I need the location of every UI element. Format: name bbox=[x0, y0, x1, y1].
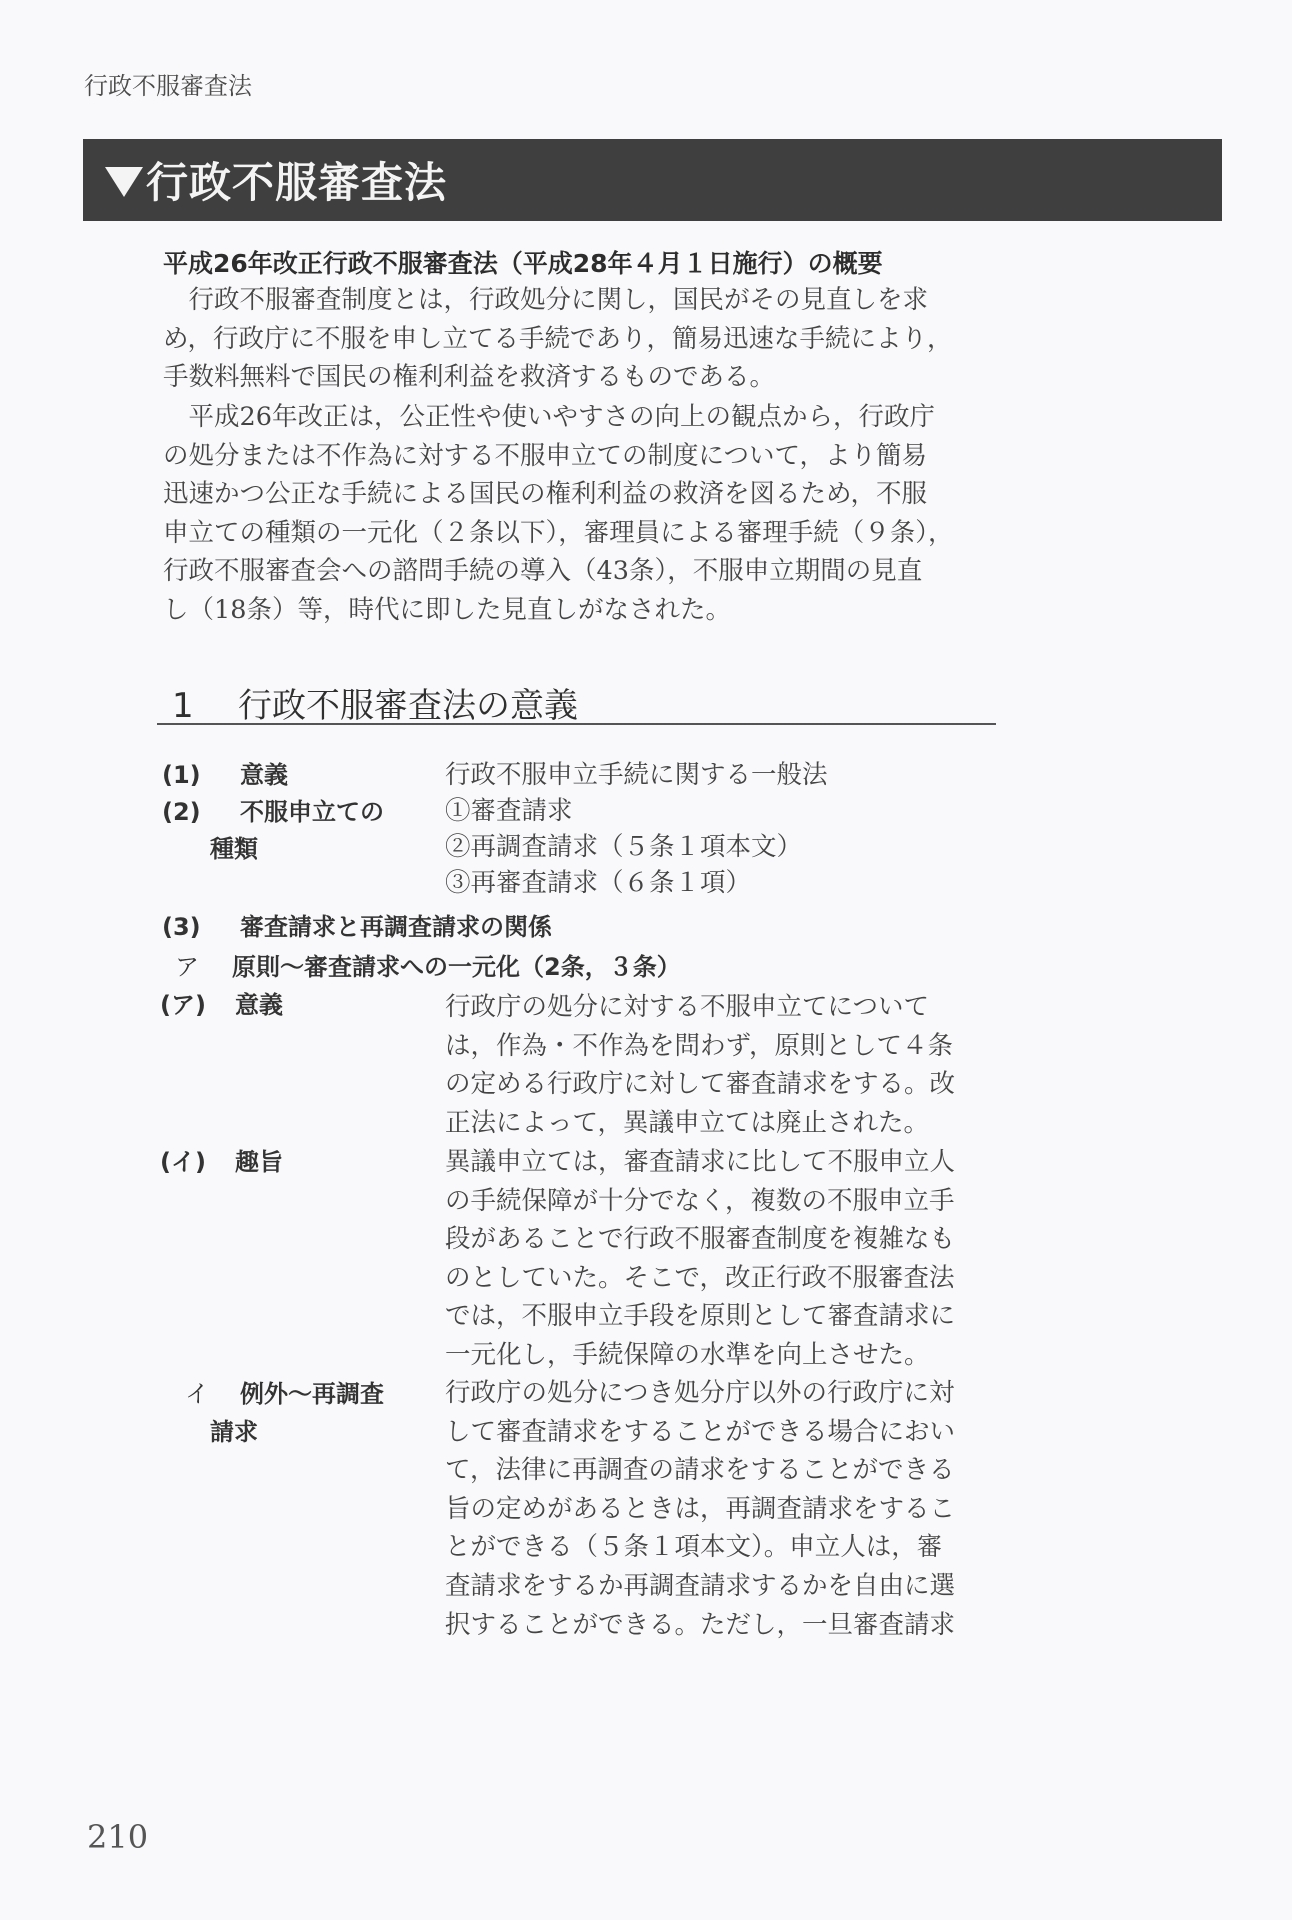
text-line: 行政不服申立手続に関する一般法 bbox=[445, 756, 995, 795]
text-line: 査請求をするか再調査請求するかを自由に選 bbox=[445, 1567, 995, 1606]
sub-a1-marker: (ア) bbox=[160, 986, 206, 1024]
overview-paragraph-1: 行政不服審査制度とは，行政処分に関し，国民がその見直しを求 め，行政庁に不服を申… bbox=[163, 281, 993, 397]
sub-b-text: 行政庁の処分につき処分庁以外の行政庁に対 して審査請求をすることができる場合にお… bbox=[445, 1374, 995, 1644]
item-3-label: 審査請求と再調査請求の関係 bbox=[240, 908, 552, 946]
item-2-list: ①審査請求 ②再調査請求（５条１項本文） ③再審査請求（６条１項） bbox=[445, 793, 995, 901]
item-1-text: 行政不服申立手続に関する一般法 bbox=[445, 756, 995, 795]
sub-a2-marker: (イ) bbox=[160, 1143, 206, 1181]
text-line: 段があることで行政不服審査制度を複雑なも bbox=[445, 1220, 995, 1259]
sub-a-label: 原則～審査請求への一元化（2条，３条） bbox=[232, 948, 681, 986]
section-underline bbox=[157, 723, 996, 725]
running-header: 行政不服審査法 bbox=[84, 66, 252, 101]
sub-a-marker: ア bbox=[175, 948, 199, 986]
text-line: して審査請求をすることができる場合におい bbox=[445, 1413, 995, 1452]
text-line: の処分または不作為に対する不服申立ての制度について，より簡易 bbox=[163, 437, 993, 476]
text-line: 手数料無料で国民の権利利益を救済するものである。 bbox=[163, 358, 993, 397]
overview-title: 平成26年改正行政不服審査法（平成28年４月１日施行）の概要 bbox=[163, 244, 883, 280]
item-1-label: 意義 bbox=[240, 756, 288, 794]
section-title: 行政不服審査法の意義 bbox=[238, 686, 578, 726]
text-line: の手続保障が十分でなく，複数の不服申立手 bbox=[445, 1182, 995, 1221]
text-line: 異議申立ては，審査請求に比して不服申立人 bbox=[445, 1143, 995, 1182]
section-number: 1 bbox=[172, 686, 238, 726]
list-item: ①審査請求 bbox=[445, 793, 995, 829]
text-line: では，不服申立手段を原則として審査請求に bbox=[445, 1297, 995, 1336]
text-line: 択することができる。ただし，一旦審査請求 bbox=[445, 1606, 995, 1645]
text-line: 迅速かつ公正な手続による国民の権利利益の救済を図るため，不服 bbox=[163, 475, 993, 514]
list-item: ③再審査請求（６条１項） bbox=[445, 865, 995, 901]
text-line: 行政庁の処分につき処分庁以外の行政庁に対 bbox=[445, 1374, 995, 1413]
item-1-marker: (1) bbox=[162, 756, 201, 794]
text-line: のとしていた。そこで，改正行政不服審査法 bbox=[445, 1259, 995, 1298]
sub-a2-label: 趣旨 bbox=[235, 1143, 283, 1181]
text-line: 旨の定めがあるときは，再調査請求をするこ bbox=[445, 1490, 995, 1529]
chapter-title-bar: 行政不服審査法 bbox=[83, 139, 1222, 221]
text-line: 平成26年改正は，公正性や使いやすさの向上の観点から，行政庁 bbox=[163, 398, 993, 437]
text-line: め，行政庁に不服を申し立てる手続であり，簡易迅速な手続により， bbox=[163, 320, 993, 359]
sub-b-label-line1: 例外～再調査 bbox=[240, 1375, 384, 1413]
text-line: は，作為・不作為を問わず，原則として４条 bbox=[445, 1027, 995, 1066]
sub-b-label-line2: 請求 bbox=[210, 1413, 258, 1451]
text-line: 行政不服審査会への諮問手続の導入（43条），不服申立期間の見直 bbox=[163, 552, 993, 591]
text-line: 申立ての種類の一元化（２条以下），審理員による審理手続（９条）， bbox=[163, 514, 993, 553]
section-heading: 1行政不服審査法の意義 bbox=[172, 678, 578, 727]
page-number: 210 bbox=[87, 1818, 148, 1856]
item-2-label-line1: 不服申立ての bbox=[240, 793, 384, 831]
item-2-marker: (2) bbox=[162, 793, 201, 831]
text-line: 行政庁の処分に対する不服申立てについて bbox=[445, 988, 995, 1027]
sub-b-marker: イ bbox=[185, 1375, 209, 1413]
text-line: 行政不服審査制度とは，行政処分に関し，国民がその見直しを求 bbox=[163, 281, 993, 320]
text-line: 正法によって，異議申立ては廃止された。 bbox=[445, 1104, 995, 1143]
text-line: て，法律に再調査の請求をすることができる bbox=[445, 1451, 995, 1490]
text-line: とができる（５条１項本文）。申立人は，審 bbox=[445, 1528, 995, 1567]
overview-paragraph-2: 平成26年改正は，公正性や使いやすさの向上の観点から，行政庁 の処分または不作為… bbox=[163, 398, 993, 630]
item-2-label-line2: 種類 bbox=[210, 830, 258, 868]
text-line: 一元化し，手続保障の水準を向上させた。 bbox=[445, 1336, 995, 1375]
text-line: の定める行政庁に対して審査請求をする。改 bbox=[445, 1065, 995, 1104]
sub-a1-label: 意義 bbox=[235, 986, 283, 1024]
sub-a1-text: 行政庁の処分に対する不服申立てについて は，作為・不作為を問わず，原則として４条… bbox=[445, 988, 995, 1142]
sub-a2-text: 異議申立ては，審査請求に比して不服申立人 の手続保障が十分でなく，複数の不服申立… bbox=[445, 1143, 995, 1375]
item-3-marker: (3) bbox=[162, 908, 201, 946]
list-item: ②再調査請求（５条１項本文） bbox=[445, 829, 995, 865]
down-triangle-icon bbox=[105, 167, 143, 197]
text-line: し（18条）等，時代に即した見直しがなされた。 bbox=[163, 591, 993, 630]
chapter-title: 行政不服審査法 bbox=[146, 150, 447, 210]
